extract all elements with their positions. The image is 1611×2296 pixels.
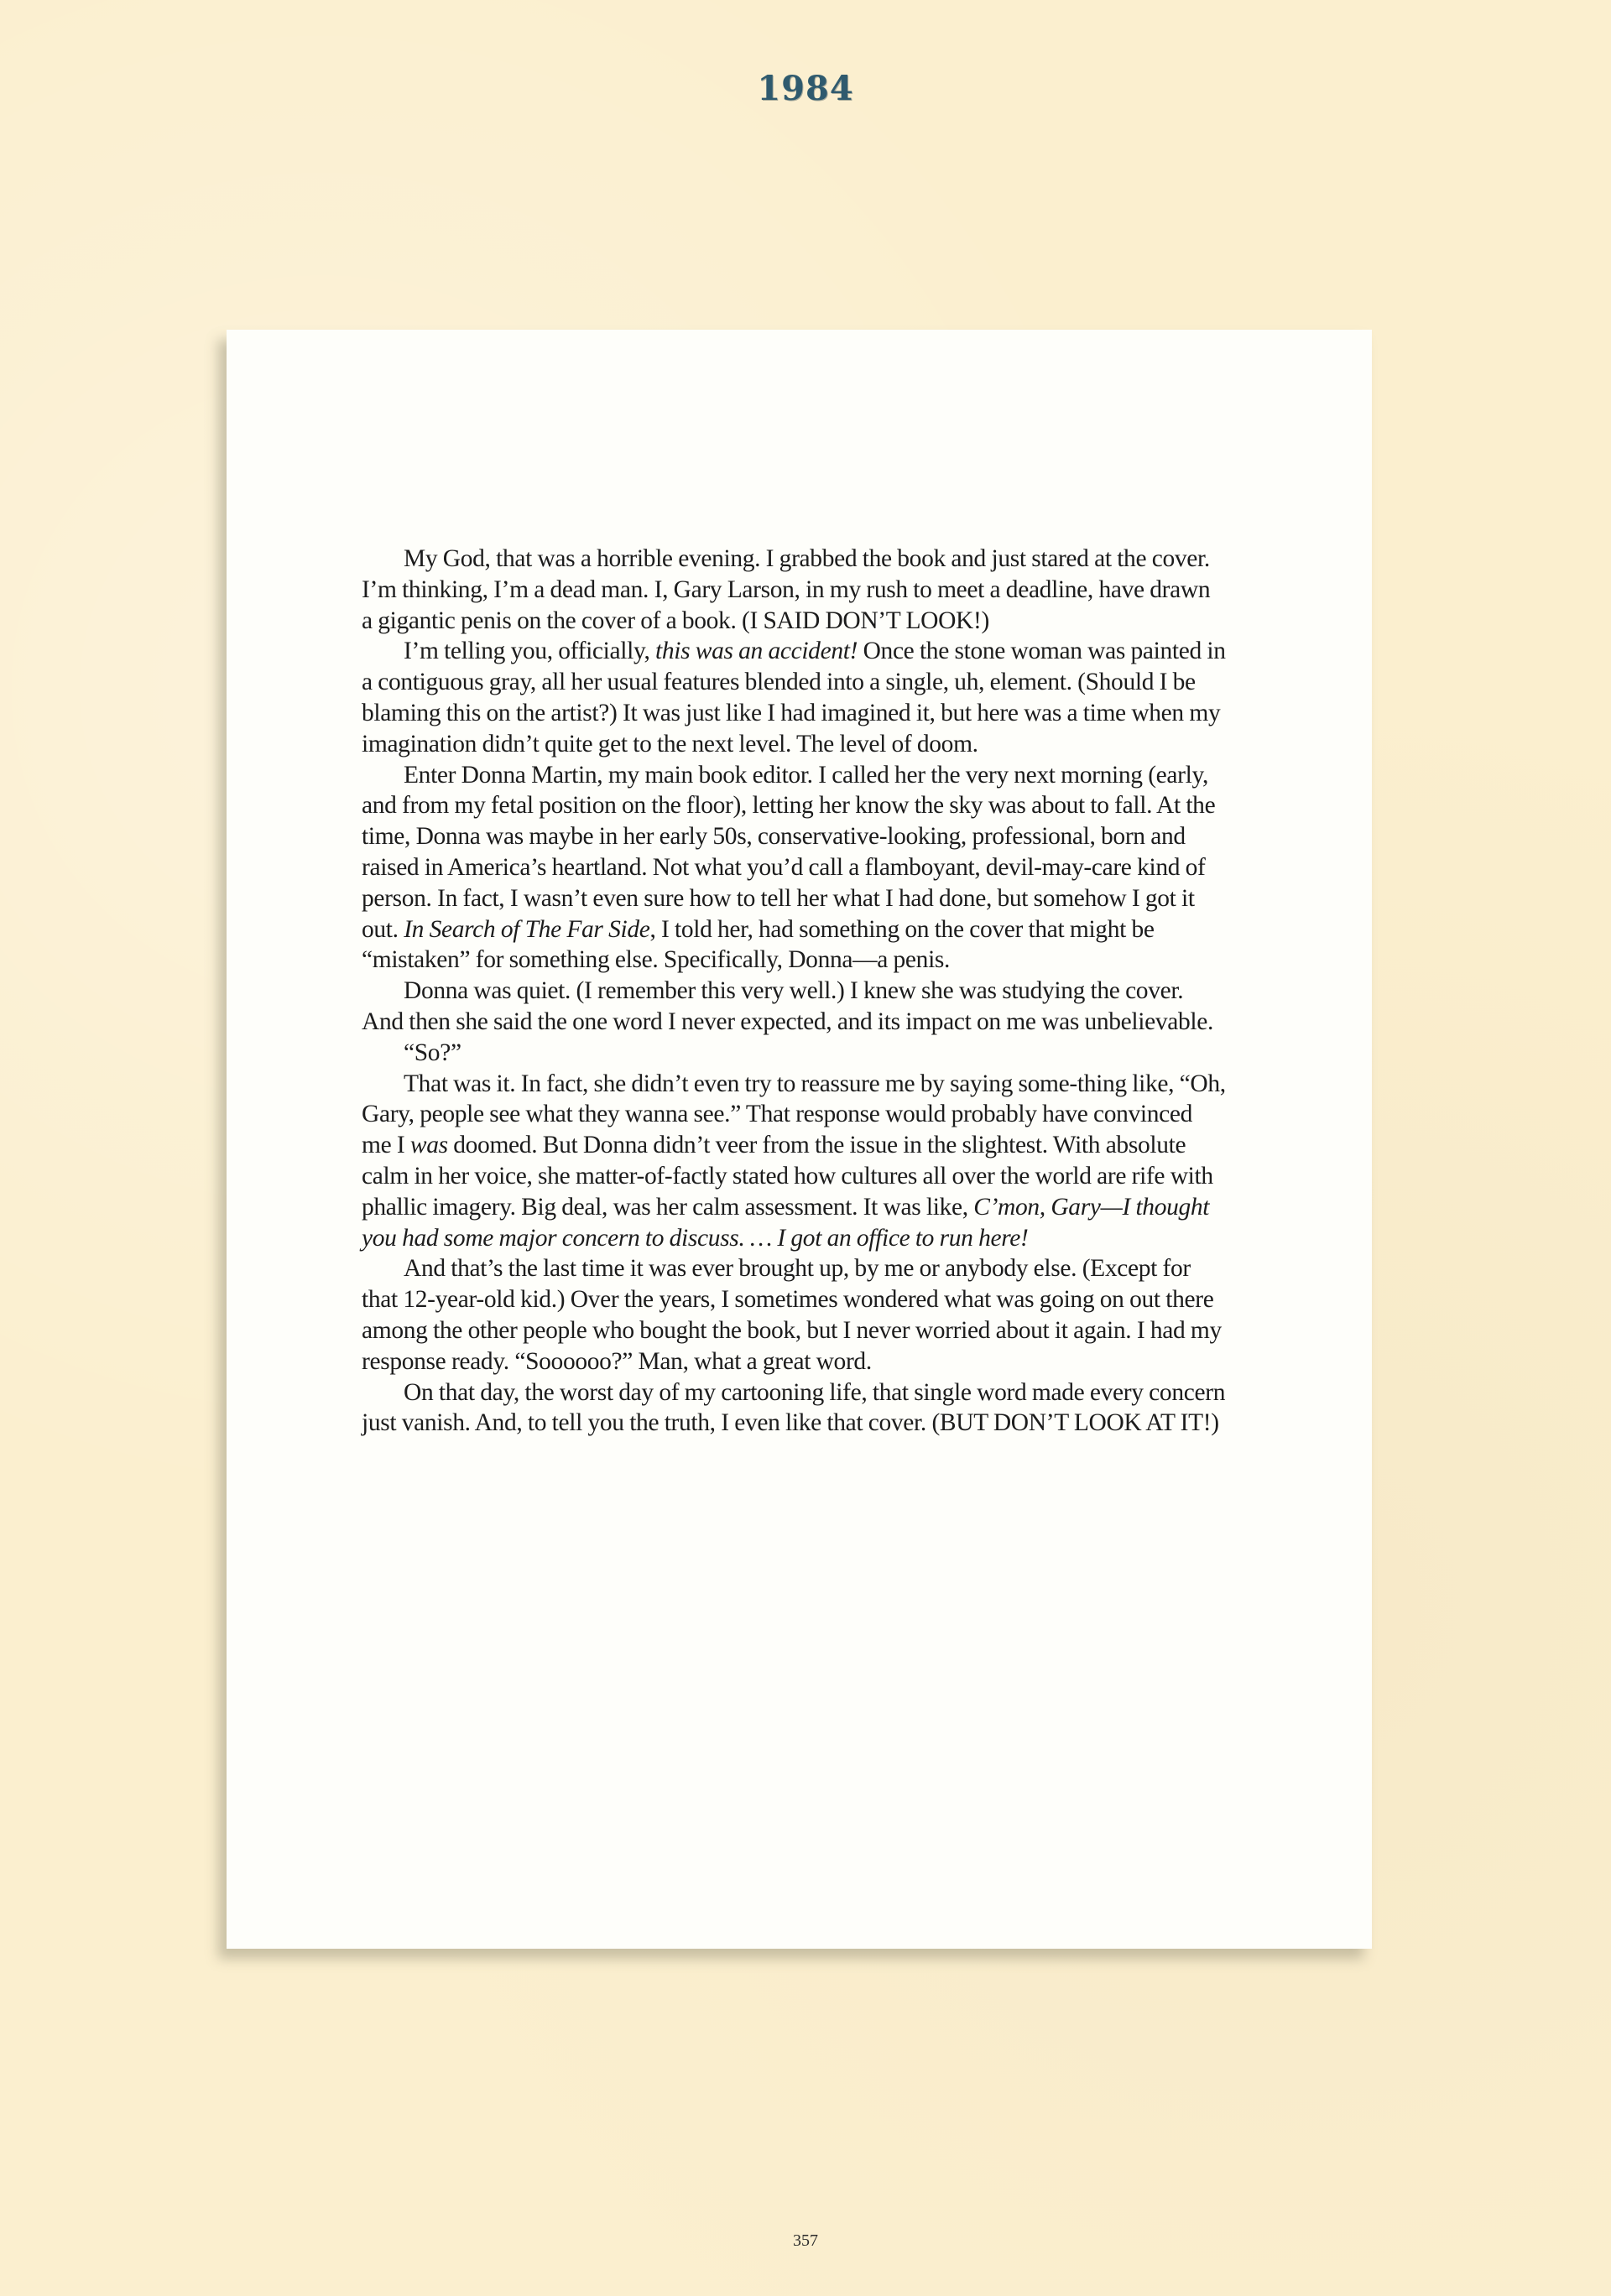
text-run: My God, that was a horrible evening. I g… [362, 545, 1210, 634]
italic-run: In Search of The Far Side [404, 916, 649, 943]
page-number: 357 [0, 2231, 1611, 2251]
italic-run: this was an accident! [655, 638, 858, 664]
paragraph: Donna was quiet. (I remember this very w… [362, 976, 1226, 1038]
year-header: 1984 [0, 69, 1611, 108]
text-run: On that day, the worst day of my cartoon… [362, 1379, 1225, 1437]
italic-run: was [410, 1132, 448, 1158]
paragraph: And that’s the last time it was ever bro… [362, 1253, 1226, 1377]
paragraph: I’m telling you, officially, this was an… [362, 636, 1226, 759]
paragraph: On that day, the worst day of my cartoon… [362, 1377, 1226, 1440]
text-run: Donna was quiet. (I remember this very w… [362, 977, 1213, 1035]
paragraph: “So?” [362, 1038, 1226, 1069]
article-body: My God, that was a horrible evening. I g… [362, 544, 1226, 1439]
paragraph: That was it. In fact, she didn’t even tr… [362, 1069, 1226, 1254]
text-run: I’m telling you, officially, [404, 638, 655, 664]
paragraph: Enter Donna Martin, my main book editor.… [362, 760, 1226, 976]
text-run: And that’s the last time it was ever bro… [362, 1255, 1222, 1374]
paragraph: My God, that was a horrible evening. I g… [362, 544, 1226, 636]
text-run: “So?” [404, 1039, 461, 1066]
